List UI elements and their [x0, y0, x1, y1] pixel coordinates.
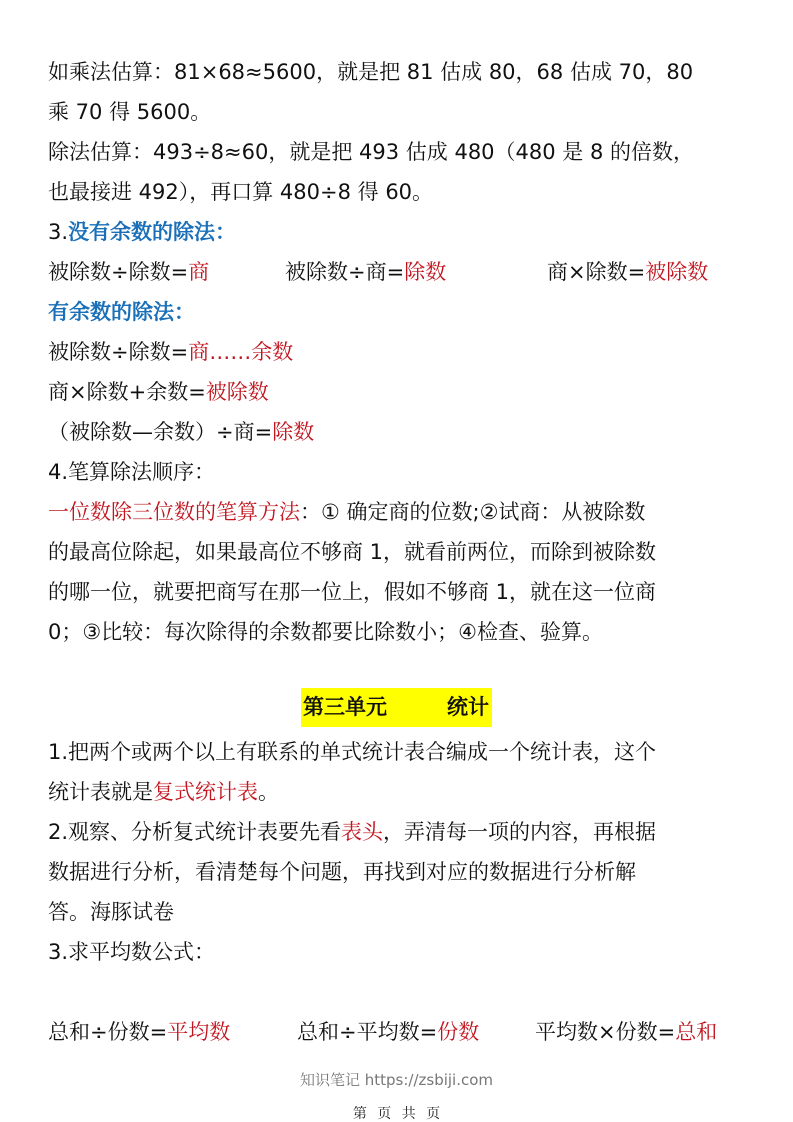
- method-label: 一位数除三位数的笔算方法: [48, 500, 300, 524]
- stats-point-2-line-1: 2.观察、分析复式统计表要先看表头，弄清每一项的内容，再根据: [48, 818, 656, 846]
- watermark-link[interactable]: 知识笔记 https://zsbiji.com: [0, 1069, 793, 1091]
- stats-point-1-line-2: 统计表就是复式统计表。: [48, 778, 279, 806]
- remainder-formula-2: 商×除数+余数=被除数: [48, 378, 269, 406]
- unit-heading: 第三单元 统计: [301, 688, 492, 727]
- no-remainder-title: 没有余数的除法：: [68, 220, 236, 244]
- div-estimate-line-1: 除法估算：493÷8≈60，就是把 493 估成 480（480 是 8 的倍数…: [48, 138, 694, 166]
- formula-result: 商……余数: [188, 340, 293, 364]
- formula-dividend: 商×除数=被除数: [547, 258, 708, 286]
- stats-point-2-line-3: 答。海豚试卷: [48, 898, 174, 926]
- stats-point-2-line-2: 数据进行分析，看清楚每个问题，再找到对应的数据进行分析解: [48, 858, 636, 886]
- formula-left: 总和÷份数=: [48, 1020, 167, 1044]
- remainder-formula-1: 被除数÷除数=商……余数: [48, 338, 293, 366]
- formula-left: （被除数—余数）÷商=: [48, 420, 272, 444]
- average-formula-title: 3.求平均数公式：: [48, 938, 215, 966]
- key-term: 复式统计表: [153, 780, 258, 804]
- formula-left: 商×除数+余数=: [48, 380, 206, 404]
- text: 统计表就是: [48, 780, 153, 804]
- formula-result: 被除数: [206, 380, 269, 404]
- formula-left: 平均数×份数=: [535, 1020, 675, 1044]
- formula-left: 总和÷平均数=: [297, 1020, 437, 1044]
- formula-result: 总和: [675, 1020, 717, 1044]
- text: 。: [258, 780, 279, 804]
- written-division-line-1: 一位数除三位数的笔算方法：① 确定商的位数;②试商：从被除数: [48, 498, 645, 526]
- formula-result: 商: [188, 260, 209, 284]
- remainder-formula-3: （被除数—余数）÷商=除数: [48, 418, 314, 446]
- stats-point-1-line-1: 1.把两个或两个以上有联系的单式统计表合编成一个统计表，这个: [48, 738, 656, 766]
- unit-title: 统计: [447, 688, 489, 727]
- method-text: ：① 确定商的位数;②试商：从被除数: [300, 500, 645, 524]
- div-estimate-line-2: 也最接进 492），再口算 480÷8 得 60。: [48, 178, 433, 206]
- formula-result: 平均数: [167, 1020, 230, 1044]
- formula-result: 除数: [404, 260, 446, 284]
- key-term: 表头: [341, 820, 383, 844]
- formula-quotient: 被除数÷除数=商: [48, 258, 209, 286]
- formula-left: 被除数÷除数=: [48, 340, 188, 364]
- formula-left: 被除数÷除数=: [48, 260, 188, 284]
- formula-result: 被除数: [645, 260, 708, 284]
- formula-left: 被除数÷商=: [285, 260, 404, 284]
- written-division-line-3: 的哪一位，就要把商写在那一位上，假如不够商 1，就在这一位商: [48, 578, 656, 606]
- mult-estimate-line-2: 乘 70 得 5600。: [48, 98, 211, 126]
- mult-estimate-line-1: 如乘法估算：81×68≈5600，就是把 81 估成 80，68 估成 70，8…: [48, 58, 693, 86]
- formula-left: 商×除数=: [547, 260, 645, 284]
- page-number: 第 页 共 页: [0, 1104, 793, 1122]
- text: ，弄清每一项的内容，再根据: [383, 820, 656, 844]
- written-division-line-2: 的最高位除起，如果最高位不够商 1，就看前两位，而除到被除数: [48, 538, 656, 566]
- no-remainder-heading: 3.没有余数的除法：: [48, 218, 236, 246]
- avg-formula-total: 平均数×份数=总和: [535, 1018, 717, 1046]
- avg-formula-average: 总和÷份数=平均数: [48, 1018, 230, 1046]
- unit-number: 第三单元: [303, 688, 387, 727]
- avg-formula-count: 总和÷平均数=份数: [297, 1018, 479, 1046]
- formula-result: 除数: [272, 420, 314, 444]
- section-number: 3.: [48, 220, 68, 244]
- formula-result: 份数: [437, 1020, 479, 1044]
- written-division-title: 4.笔算除法顺序：: [48, 458, 215, 486]
- text: 2.观察、分析复式统计表要先看: [48, 820, 341, 844]
- formula-divisor: 被除数÷商=除数: [285, 258, 446, 286]
- with-remainder-title: 有余数的除法：: [48, 298, 195, 326]
- written-division-line-4: 0；③比较：每次除得的余数都要比除数小；④检查、验算。: [48, 618, 603, 646]
